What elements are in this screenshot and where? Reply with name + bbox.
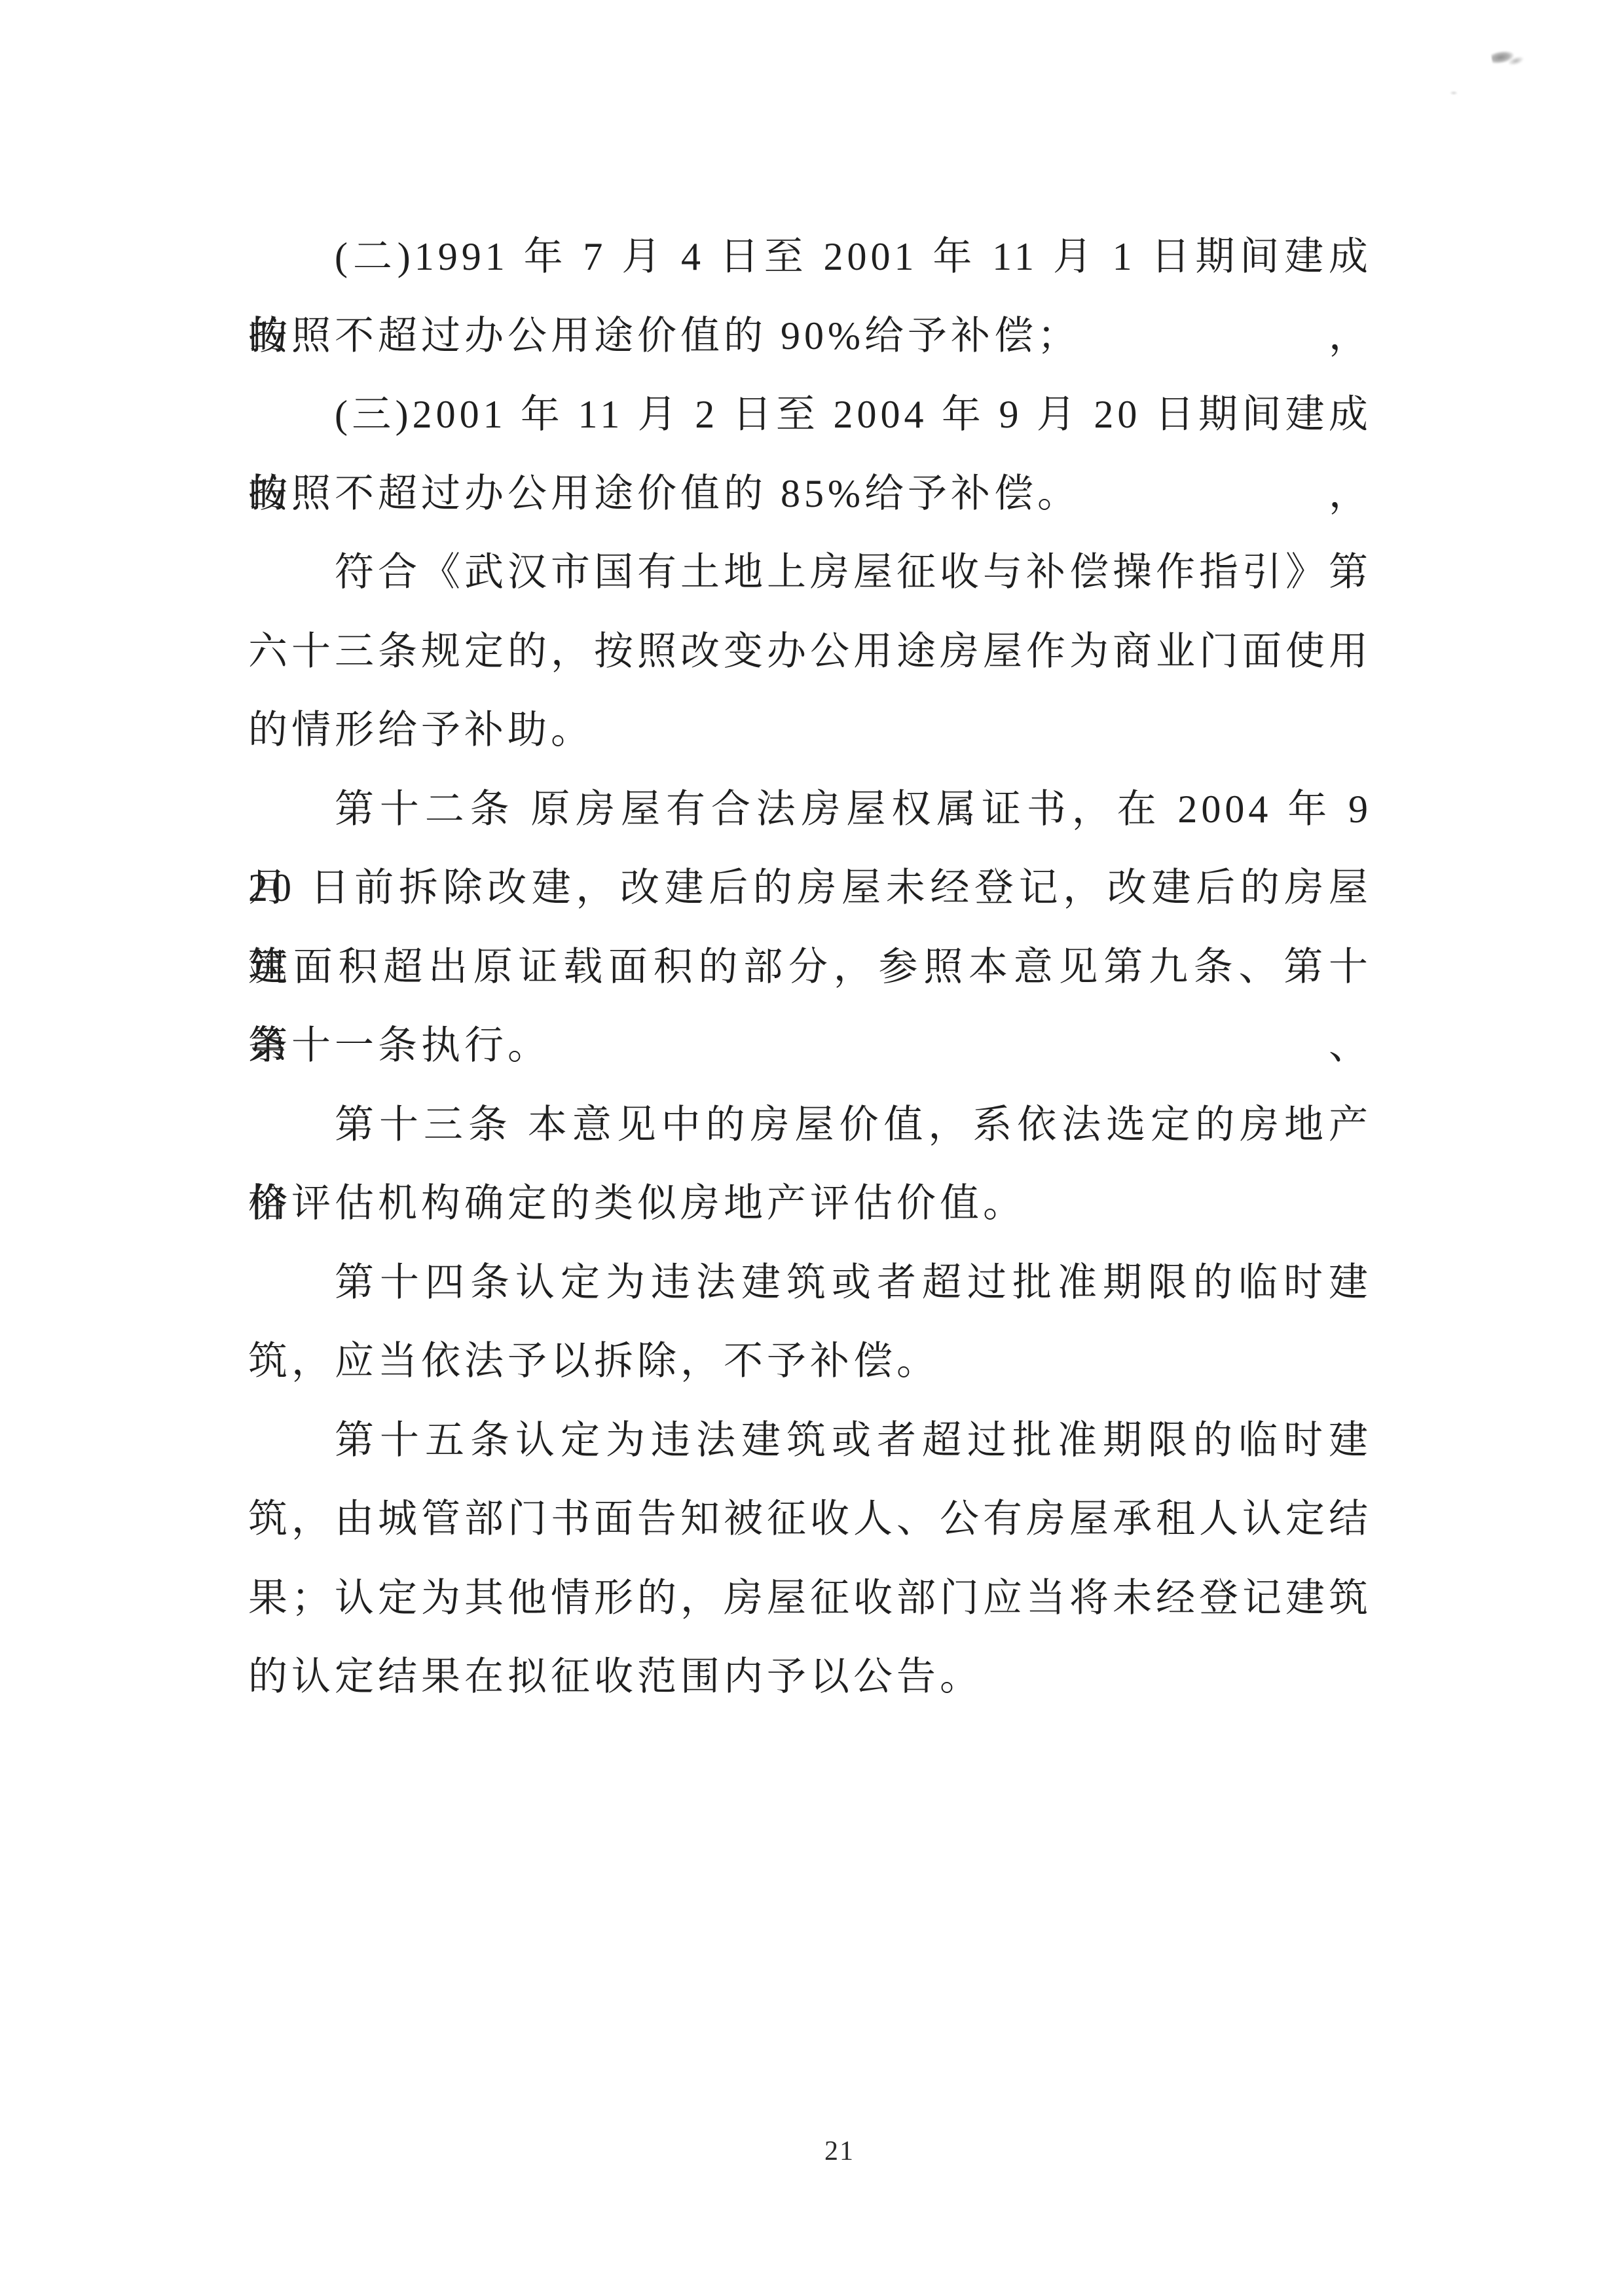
text-line: (三)2001 年 11 月 2 日至 2004 年 9 月 20 日期间建成的… [248, 375, 1372, 454]
text-line: 筑面积超出原证载面积的部分，参照本意见第九条、第十条、 [248, 928, 1372, 1007]
text-line: (二)1991 年 7 月 4 日至 2001 年 11 月 1 日期间建成的， [248, 217, 1372, 297]
text-line: 第十二条 原房屋有合法房屋权属证书，在 2004 年 9 月 [248, 770, 1372, 849]
text-line: 第十三条 本意见中的房屋价值，系依法选定的房地产价 [248, 1085, 1372, 1165]
text-line: 筑，由城管部门书面告知被征收人、公有房屋承租人认定结 [248, 1480, 1372, 1559]
document-body: (二)1991 年 7 月 4 日至 2001 年 11 月 1 日期间建成的，… [248, 217, 1372, 1717]
text-line: 第十四条认定为违法建筑或者超过批准期限的临时建 [248, 1243, 1372, 1322]
document-page: (二)1991 年 7 月 4 日至 2001 年 11 月 1 日期间建成的，… [0, 0, 1624, 2296]
text-line: 的认定结果在拟征收范围内予以公告。 [248, 1637, 1372, 1717]
text-line: 格评估机构确定的类似房地产评估价值。 [248, 1164, 1372, 1243]
text-line: 的情形给予补助。 [248, 691, 1372, 770]
text-line: 六十三条规定的，按照改变办公用途房屋作为商业门面使用 [248, 612, 1372, 691]
text-line: 符合《武汉市国有土地上房屋征收与补偿操作指引》第 [248, 533, 1372, 612]
text-line: 筑，应当依法予以拆除，不予补偿。 [248, 1322, 1372, 1401]
page-number: 21 [820, 2136, 859, 2167]
scan-speck-artifact [1450, 91, 1458, 95]
text-line: 第十五条认定为违法建筑或者超过批准期限的临时建 [248, 1401, 1372, 1480]
text-line: 果；认定为其他情形的，房屋征收部门应当将未经登记建筑 [248, 1559, 1372, 1638]
text-line: 20 日前拆除改建，改建后的房屋未经登记，改建后的房屋建 [248, 848, 1372, 928]
